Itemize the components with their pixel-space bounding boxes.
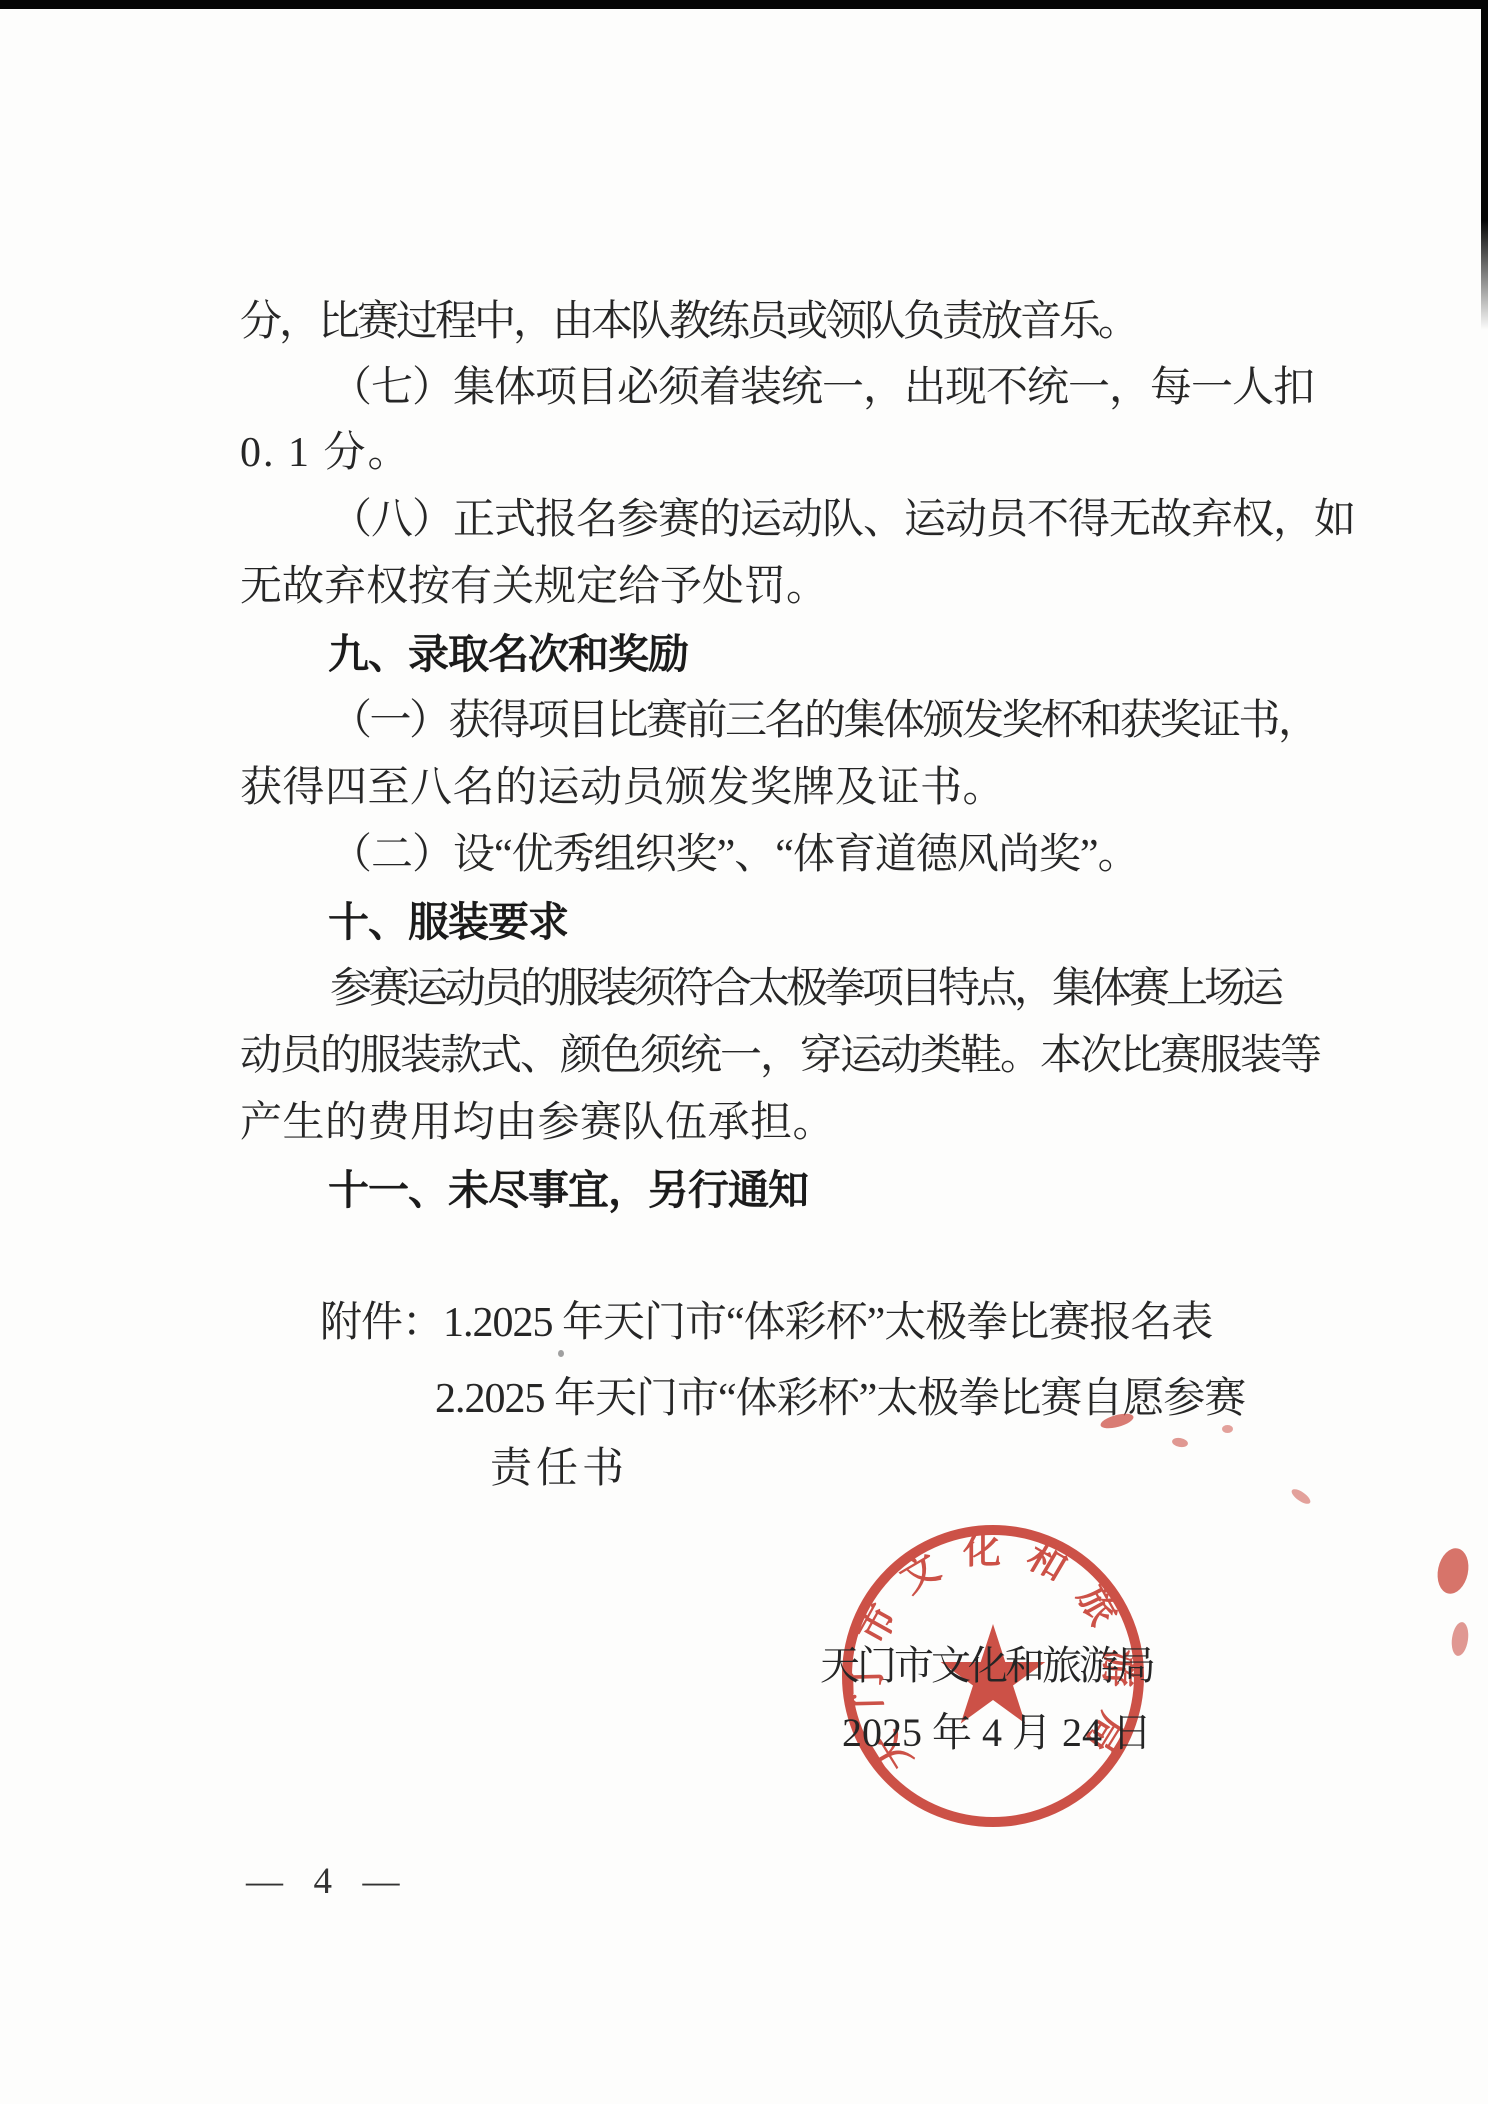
issue-date: 2025 年 4 月 24 日	[842, 1701, 1152, 1758]
doc-heading-section-eleven: 十一、未尽事宜，另行通知	[328, 1167, 808, 1213]
ink-smudge	[1222, 1425, 1233, 1433]
scan-right-edge	[1481, 0, 1488, 330]
doc-line-5: 无故弃权按有关规定给予处罚。	[240, 564, 828, 610]
doc-line-11: 参赛运动员的服装须符合太极拳项目特点，集体赛上场运	[330, 966, 1280, 1012]
doc-line-7: （一）获得项目比赛前三名的集体颁发奖杯和获奖证书，	[330, 698, 1318, 744]
doc-line-1: 分，比赛过程中，由本队教练员或领队负责放音乐。	[240, 299, 1137, 345]
doc-line-4: （八）正式报名参赛的运动队、运动员不得无故弃权，如	[330, 497, 1355, 543]
doc-line-8: 获得四至八名的运动员颁发奖牌及证书。	[240, 765, 1005, 811]
attachment-line-3: 责任书	[490, 1446, 628, 1492]
scanned-document-page: 分，比赛过程中，由本队教练员或领队负责放音乐。 （七）集体项目必须着装统一，出现…	[0, 0, 1488, 2104]
ink-smudge	[1434, 1545, 1473, 1596]
doc-line-12: 动员的服装款式、颜色须统一，穿运动类鞋。本次比赛服装等	[240, 1033, 1320, 1079]
doc-line-3: 0. 1 分。	[240, 430, 412, 476]
doc-heading-section-nine: 九、录取名次和奖励	[328, 631, 688, 677]
doc-line-9: （二）设“优秀组织奖”、“体育道德风尚奖”。	[330, 832, 1139, 878]
ink-smudge	[1289, 1487, 1312, 1507]
ink-speck	[558, 1350, 564, 1357]
doc-heading-section-ten: 十、服装要求	[328, 899, 568, 945]
page-number: — 4 —	[246, 1860, 404, 1903]
ink-smudge	[1171, 1437, 1188, 1449]
attachment-line-1: 附件：1.2025 年天门市“体彩杯”太极拳比赛报名表	[320, 1300, 1212, 1346]
doc-line-2: （七）集体项目必须着装统一，出现不统一，每一人扣	[330, 365, 1314, 411]
scan-top-edge	[0, 0, 1488, 9]
issuer-name: 天门市文化和旅游局	[820, 1634, 1153, 1691]
doc-line-13: 产生的费用均由参赛队伍承担。	[240, 1100, 835, 1146]
ink-smudge	[1450, 1621, 1471, 1657]
